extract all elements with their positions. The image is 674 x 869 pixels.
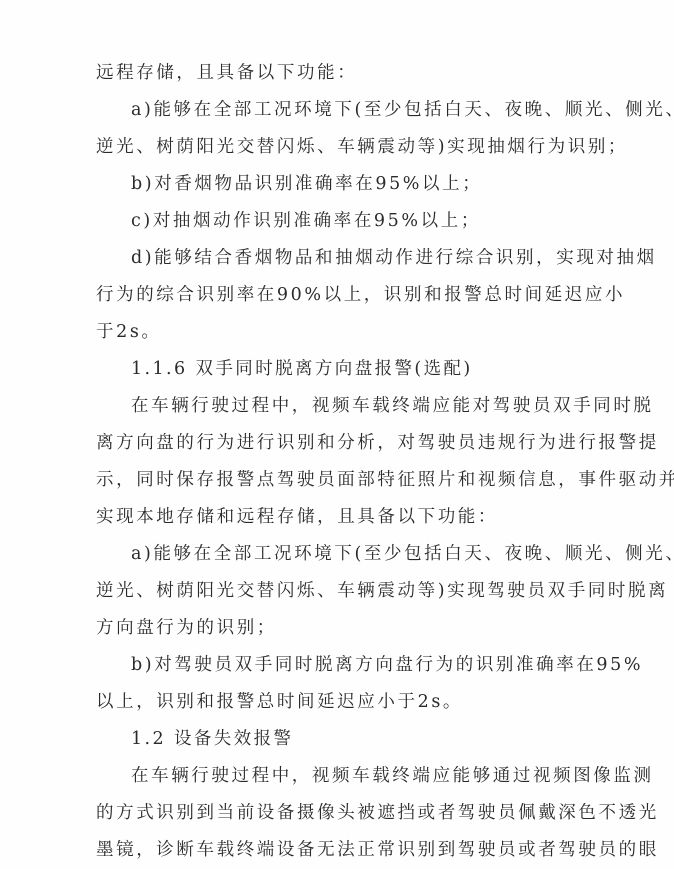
paragraph-line: 在车辆行驶过程中，视频车载终端应能够通过视频图像监测 [131, 765, 592, 787]
paragraph-line: 实现本地存储和远程存储，且具备以下功能： [96, 506, 592, 528]
text-line: 以上，识别和报警总时间延迟应小于2s。 [96, 691, 592, 713]
text-line: 方向盘行为的识别； [96, 617, 592, 639]
list-item-b: b)对香烟物品识别准确率在95%以上； [131, 173, 592, 195]
section-heading-1-2: 1.2 设备失效报警 [131, 728, 592, 750]
section-heading-1-1-6: 1.1.6 双手同时脱离方向盘报警(选配) [131, 358, 592, 380]
document-page: 远程存储，且具备以下功能： a)能够在全部工况环境下(至少包括白天、夜晚、顺光、… [0, 0, 674, 869]
paragraph-line: 离方向盘的行为进行识别和分析，对驾驶员违规行为进行报警提 [96, 432, 592, 454]
paragraph-line: 示，同时保存报警点驾驶员面部特征照片和视频信息，事件驱动并 [96, 469, 592, 491]
list-item-c: c)对抽烟动作识别准确率在95%以上； [131, 210, 592, 232]
text-line: 远程存储，且具备以下功能： [96, 62, 592, 84]
text-line: 行为的综合识别率在90%以上，识别和报警总时间延迟应小 [96, 284, 592, 306]
paragraph-line: 的方式识别到当前设备摄像头被遮挡或者驾驶员佩戴深色不透光 [96, 802, 592, 824]
list-item-d-line: d)能够结合香烟物品和抽烟动作进行综合识别，实现对抽烟 [131, 247, 592, 269]
list-item-b-line: b)对驾驶员双手同时脱离方向盘行为的识别准确率在95% [131, 654, 592, 676]
list-item-a-line: a)能够在全部工况环境下(至少包括白天、夜晚、顺光、侧光、 [131, 543, 592, 565]
paragraph-line: 墨镜，诊断车载终端设备无法正常识别到驾驶员或者驾驶员的眼 [96, 839, 592, 861]
text-line: 逆光、树荫阳光交替闪烁、车辆震动等)实现抽烟行为识别； [96, 136, 592, 158]
paragraph-line: 在车辆行驶过程中，视频车载终端应能对驾驶员双手同时脱 [131, 395, 592, 417]
text-line: 于2s。 [96, 321, 592, 343]
text-line: 逆光、树荫阳光交替闪烁、车辆震动等)实现驾驶员双手同时脱离 [96, 580, 592, 602]
list-item-a-line: a)能够在全部工况环境下(至少包括白天、夜晚、顺光、侧光、 [131, 99, 592, 121]
